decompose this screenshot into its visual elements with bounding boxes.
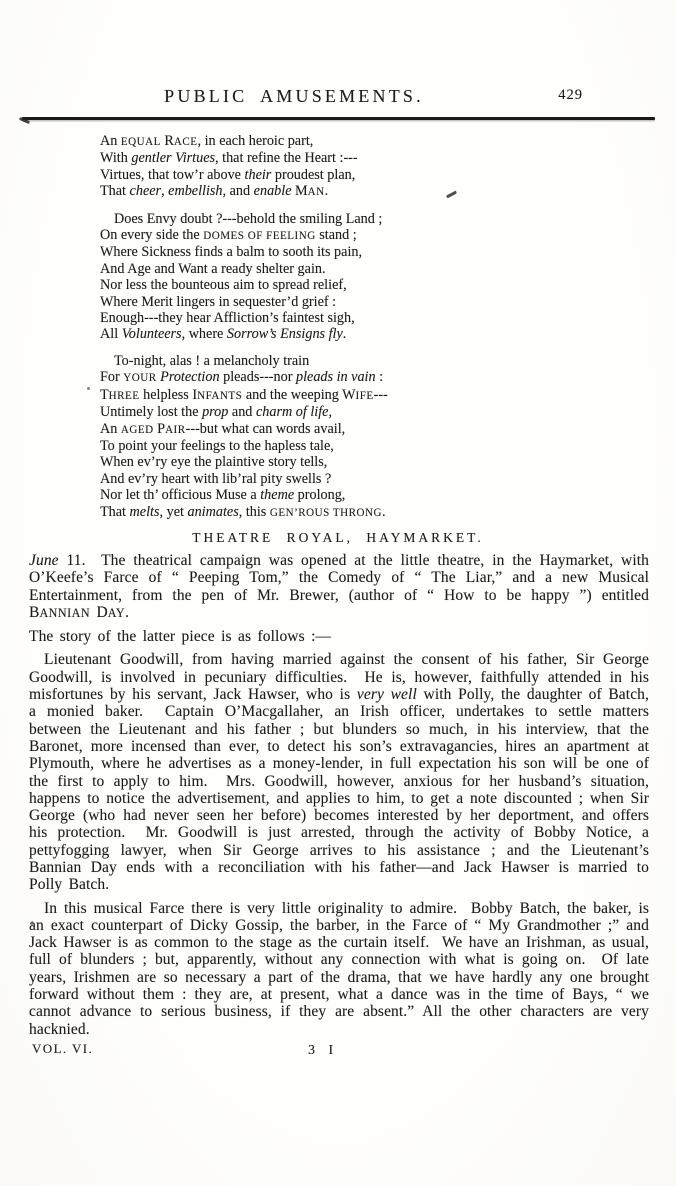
poem-line: And ev’ry heart with lib’ral pity swells… [100, 471, 676, 487]
poem: An EQUAL RACE, in each heroic part,With … [100, 133, 676, 521]
poem-line: Where Merit lingers in sequester’d grief… [100, 294, 676, 310]
poem-line: On every side the DOMES OF FEELING stand… [100, 227, 676, 244]
poem-line: Untimely lost the prop and charm of life… [100, 404, 676, 420]
poem-line: For YOUR Protection pleads---nor pleads … [100, 369, 676, 386]
paragraph: June 11. The theatrical campaign was ope… [29, 552, 649, 622]
paragraph: The story of the latter piece is as foll… [29, 628, 649, 645]
poem-line: That cheer, embellish, and enable MAN. [100, 183, 676, 200]
poem-line: Nor let th’ officious Muse a theme prolo… [100, 487, 676, 503]
page-footer: VOL. VI. 3 I [32, 1041, 676, 1057]
poem-line: An EQUAL RACE, in each heroic part, [100, 133, 676, 150]
poem-line: Does Envy doubt ?---behold the smiling L… [100, 211, 676, 227]
stanza: An EQUAL RACE, in each heroic part,With … [100, 133, 676, 201]
paragraph: In this musical Farce there is very litt… [29, 900, 649, 1038]
poem-line: Enough---they hear Affliction’s faintest… [100, 310, 676, 326]
poem-line: With gentler Virtues, that refine the He… [100, 150, 676, 166]
poem-line: All Volunteers, where Sorrow’s Ensigns f… [100, 326, 676, 342]
section-heading: THEATRE ROYAL, HAYMARKET. [0, 530, 676, 546]
poem-line: Nor less the bounteous aim to spread rel… [100, 277, 676, 293]
poem-line: When ev’ry eye the plaintive story tells… [100, 454, 676, 470]
page-number: 429 [558, 87, 583, 104]
volume-label: VOL. VI. [32, 1041, 93, 1056]
running-header: PUBLIC AMUSEMENTS. 429 [0, 86, 676, 108]
paragraph: Lieutenant Goodwill, from having married… [29, 651, 649, 893]
stanza: To-night, alas ! a melancholy trainFor Y… [100, 353, 676, 521]
poem-line: That melts, yet animates, this GEN’ROUS … [100, 504, 676, 521]
poem-line: To point your feelings to the hapless ta… [100, 438, 676, 454]
poem-line: To-night, alas ! a melancholy train [100, 353, 676, 369]
stanza: Does Envy doubt ?---behold the smiling L… [100, 211, 676, 343]
poem-line: THREE helpless INFANTS and the weeping W… [100, 387, 676, 404]
poem-line: Where Sickness finds a balm to sooth its… [100, 244, 676, 260]
article-body: June 11. The theatrical campaign was ope… [0, 552, 676, 1038]
poem-line: Virtues, that tow’r above their proudest… [100, 167, 676, 183]
scanned-page: PUBLIC AMUSEMENTS. 429 An EQUAL RACE, in… [0, 0, 676, 1186]
page-title: PUBLIC AMUSEMENTS. [0, 86, 632, 107]
ink-mark [87, 387, 90, 390]
poem-line: And Age and Want a ready shelter gain. [100, 261, 676, 277]
signature-mark: 3 I [308, 1043, 338, 1059]
header-rule [22, 117, 655, 120]
poem-line: An AGED PAIR---but what can words avail, [100, 421, 676, 438]
